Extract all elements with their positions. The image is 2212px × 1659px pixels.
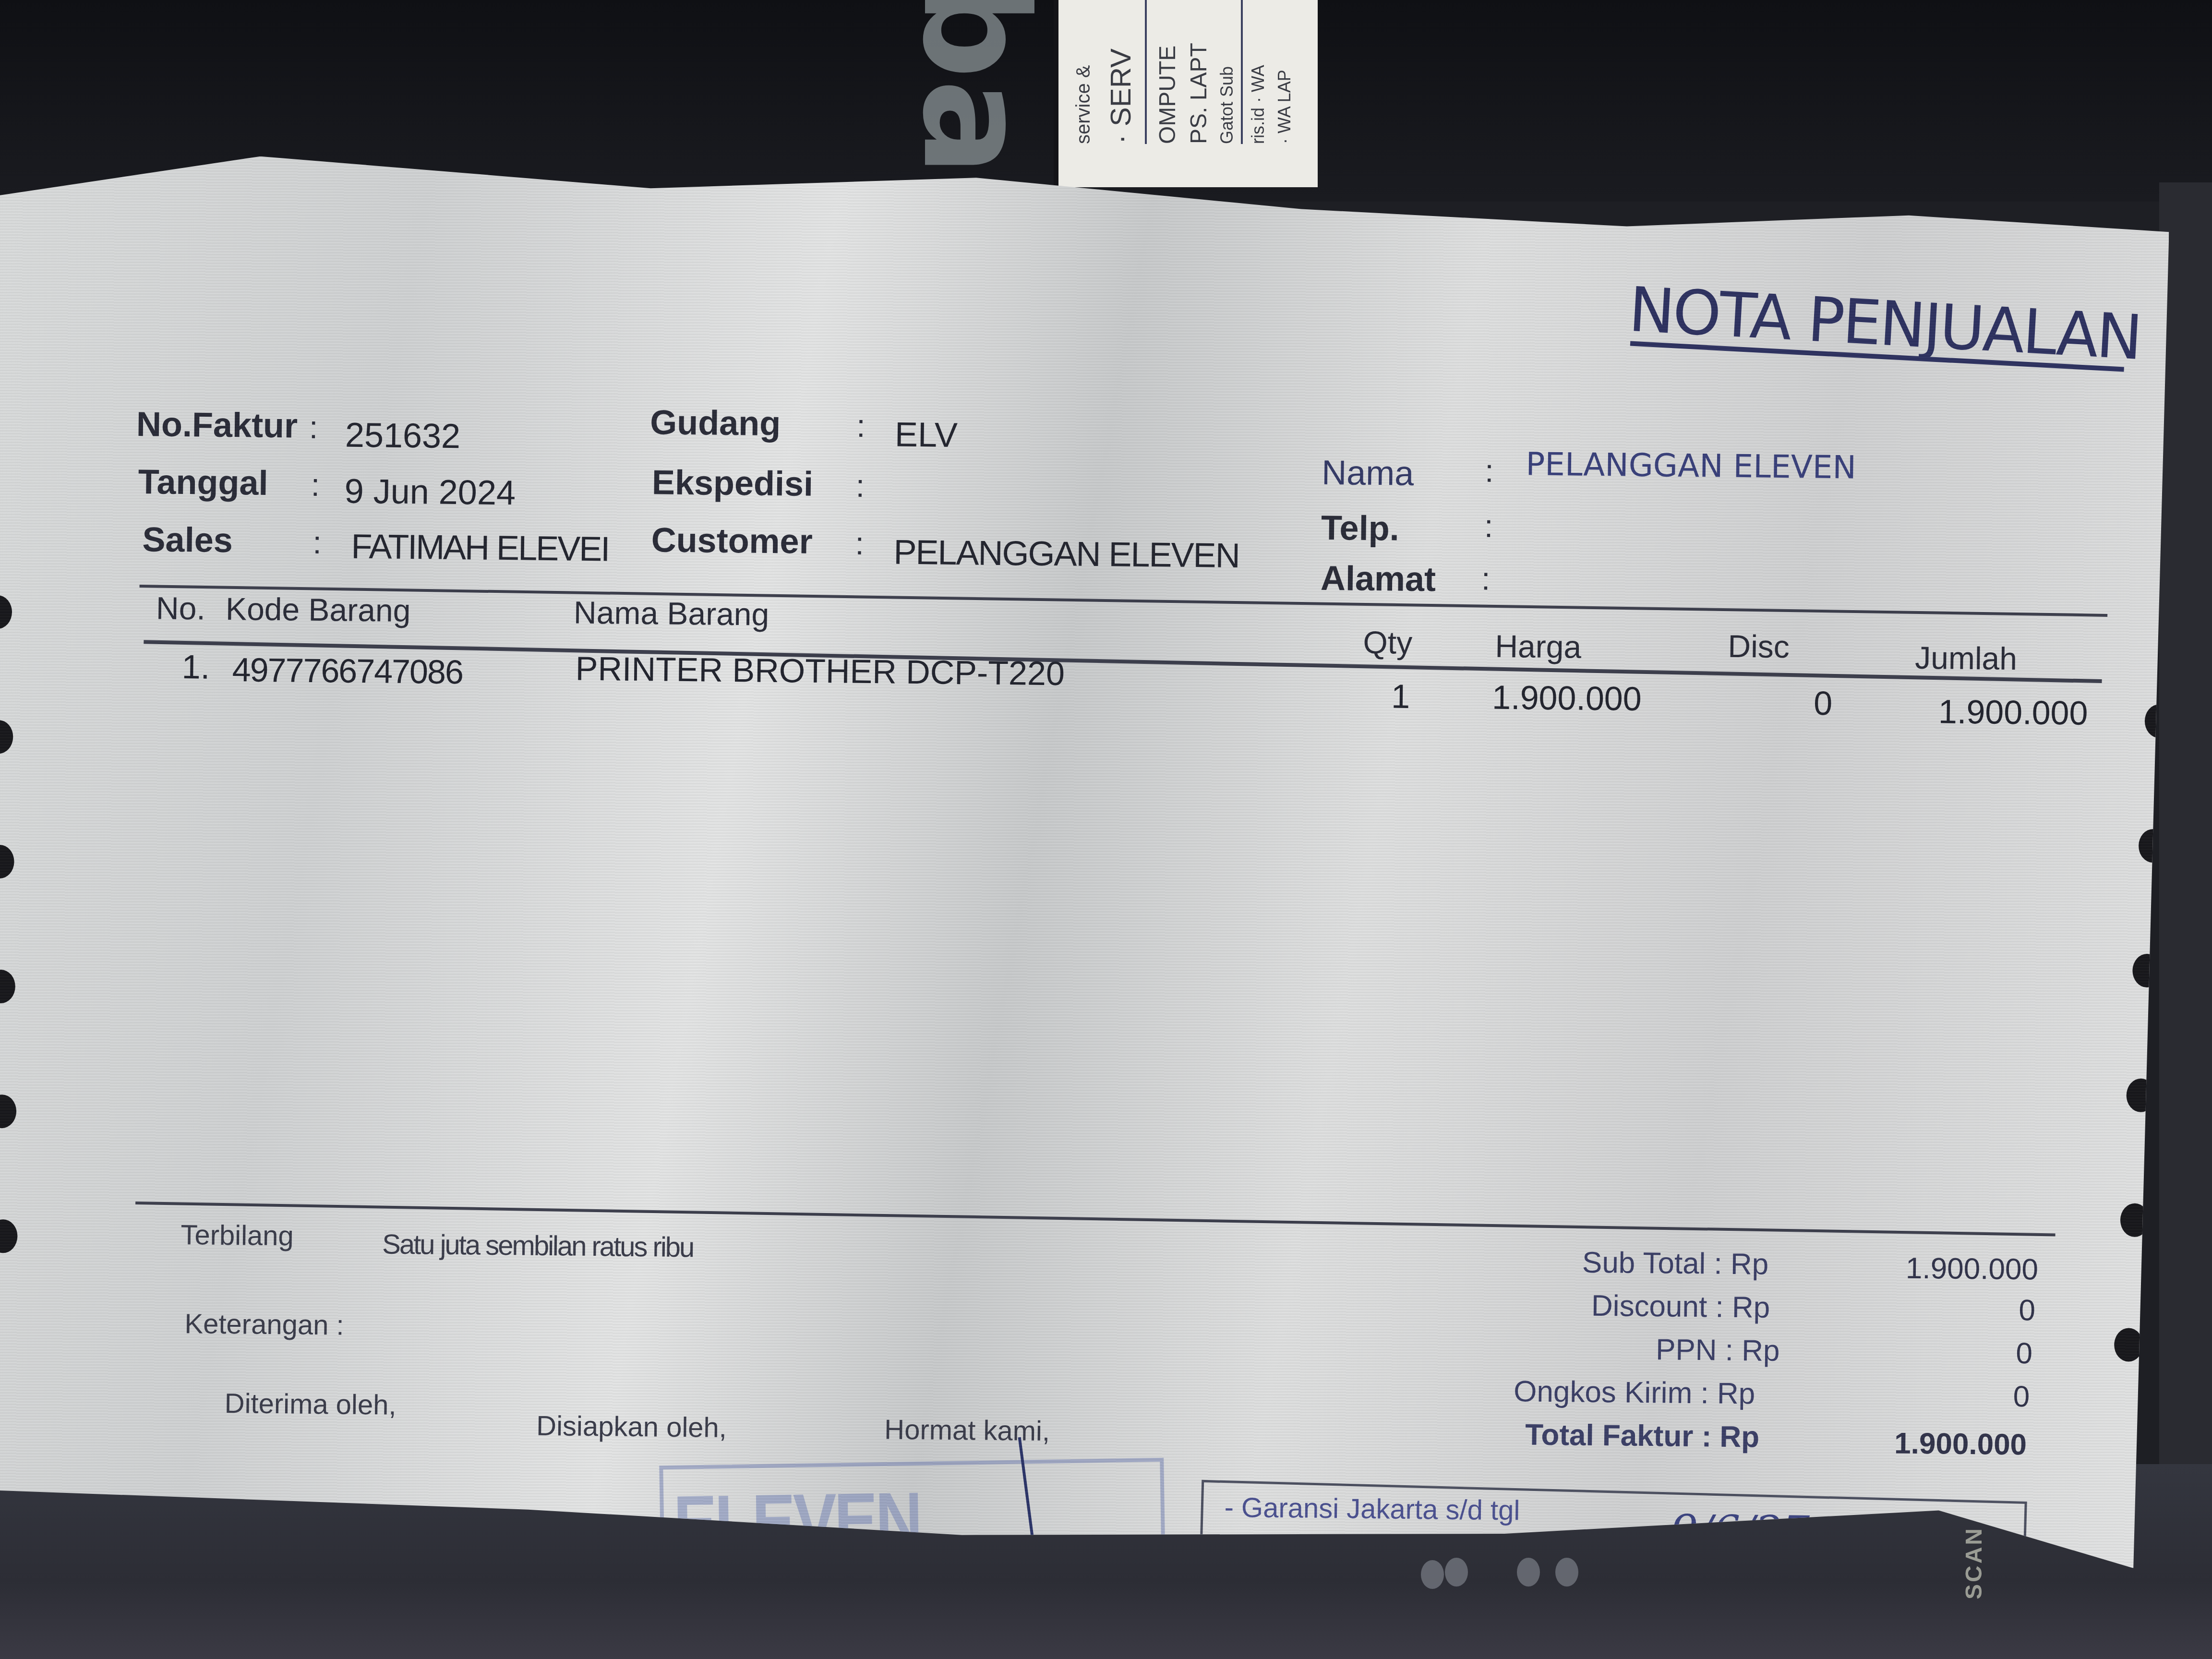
label-alamat: Alamat bbox=[1320, 559, 1436, 600]
colon: : bbox=[311, 467, 320, 503]
signature-diterima: Diterima oleh, bbox=[224, 1387, 396, 1421]
card-line: OMPUTE bbox=[1154, 0, 1181, 144]
colon: : bbox=[1484, 507, 1493, 544]
cell-qty: 1 bbox=[1391, 677, 1410, 715]
label-keterangan: Keterangan : bbox=[184, 1308, 344, 1341]
colon: : bbox=[1481, 560, 1491, 597]
card-line: PS. LAPT bbox=[1186, 0, 1212, 144]
device-dot bbox=[1555, 1558, 1578, 1587]
card-divider bbox=[1145, 0, 1147, 144]
card-line: · WA LAP bbox=[1274, 0, 1295, 144]
label-ppn: PPN : Rp bbox=[1656, 1333, 1780, 1368]
signature-hormat-kami: Hormat kami, bbox=[884, 1413, 1050, 1447]
cell-jumlah: 1.900.000 bbox=[1938, 692, 2088, 732]
receipt-paper: NOTA PENJUALAN No.Faktur : 251632 Tangga… bbox=[0, 154, 2170, 1568]
value-customer: PELANGGAN ELEVEN bbox=[893, 533, 1239, 576]
punch-hole bbox=[0, 970, 15, 1004]
label-no-faktur: No.Faktur bbox=[136, 405, 298, 446]
punch-hole bbox=[2120, 1203, 2150, 1237]
col-harga: Harga bbox=[1495, 628, 1582, 665]
label-telp: Telp. bbox=[1321, 508, 1400, 549]
colon: : bbox=[313, 524, 322, 561]
value-ppn: 0 bbox=[1879, 1335, 2033, 1370]
card-line: Gatot Sub bbox=[1217, 0, 1237, 144]
punch-hole bbox=[0, 1219, 18, 1253]
value-sales: FATIMAH ELEVEI bbox=[351, 527, 609, 569]
punch-hole bbox=[2114, 1328, 2143, 1362]
label-customer: Customer bbox=[651, 520, 813, 562]
label-ekspedisi: Ekspedisi bbox=[651, 463, 813, 504]
value-gudang: ELV bbox=[895, 415, 958, 455]
colon: : bbox=[309, 409, 318, 445]
col-nama-barang: Nama Barang bbox=[574, 594, 769, 633]
card-divider bbox=[1241, 0, 1243, 144]
value-discount: 0 bbox=[1882, 1292, 2036, 1327]
label-total-faktur: Total Faktur : Rp bbox=[1525, 1418, 1760, 1454]
value-terbilang: Satu juta sembilan ratus ribu bbox=[382, 1228, 694, 1263]
value-subtotal: 1.900.000 bbox=[1885, 1251, 2039, 1286]
background-right bbox=[2159, 182, 2212, 1479]
cell-nama: PRINTER BROTHER DCP-T220 bbox=[575, 649, 1065, 693]
value-total-faktur: 1.900.000 bbox=[1873, 1426, 2027, 1462]
label-gudang: Gudang bbox=[650, 403, 781, 444]
col-no: No. bbox=[156, 589, 206, 626]
card-line: service & bbox=[1073, 0, 1094, 144]
label-sales: Sales bbox=[142, 520, 233, 560]
device-dot bbox=[1517, 1558, 1540, 1587]
colon: : bbox=[855, 525, 864, 562]
value-nama: PELANGGAN ELEVEN bbox=[1526, 445, 1856, 486]
colon: : bbox=[855, 468, 865, 504]
label-discount: Discount : Rp bbox=[1591, 1289, 1770, 1325]
header-rule bbox=[140, 585, 2108, 617]
colon: : bbox=[1485, 452, 1494, 489]
punch-hole bbox=[2132, 954, 2162, 988]
value-ongkos-kirim: 0 bbox=[1876, 1378, 2030, 1414]
device-dot bbox=[1445, 1558, 1468, 1587]
warranty-line-1: - Garansi Jakarta s/d tgl bbox=[1224, 1491, 1520, 1527]
cell-harga: 1.900.000 bbox=[1492, 678, 1642, 718]
device-dot bbox=[1421, 1560, 1444, 1589]
punch-hole bbox=[2126, 1078, 2155, 1112]
label-terbilang: Terbilang bbox=[180, 1219, 294, 1252]
col-jumlah: Jumlah bbox=[1915, 639, 2018, 677]
scan-label: SCAN bbox=[1961, 1527, 1987, 1599]
cell-no: 1. bbox=[181, 648, 210, 686]
colon: : bbox=[856, 408, 866, 444]
label-ongkos-kirim: Ongkos Kirim : Rp bbox=[1514, 1374, 1755, 1411]
punch-hole bbox=[0, 845, 14, 879]
punch-hole bbox=[0, 595, 12, 629]
value-tanggal: 9 Jun 2024 bbox=[344, 472, 516, 513]
background-logo-fragment: ba bbox=[864, 0, 1046, 178]
cell-kode: 4977766747086 bbox=[232, 650, 463, 691]
label-nama: Nama bbox=[1322, 453, 1414, 493]
punch-hole bbox=[0, 720, 13, 754]
label-tanggal: Tanggal bbox=[138, 462, 268, 503]
punch-hole bbox=[0, 1094, 16, 1129]
col-qty: Qty bbox=[1363, 624, 1412, 661]
business-card: service & · SERV OMPUTE PS. LAPT Gatot S… bbox=[1054, 0, 1318, 187]
card-line: · SERV bbox=[1104, 0, 1137, 144]
label-subtotal: Sub Total : Rp bbox=[1582, 1246, 1769, 1282]
cell-disc: 0 bbox=[1814, 684, 1833, 722]
col-kode-barang: Kode Barang bbox=[226, 590, 411, 629]
col-disc: Disc bbox=[1728, 628, 1790, 665]
signature-disiapkan: Disiapkan oleh, bbox=[536, 1410, 727, 1444]
value-no-faktur: 251632 bbox=[345, 416, 460, 457]
card-line: ris.id · WA bbox=[1248, 0, 1268, 144]
